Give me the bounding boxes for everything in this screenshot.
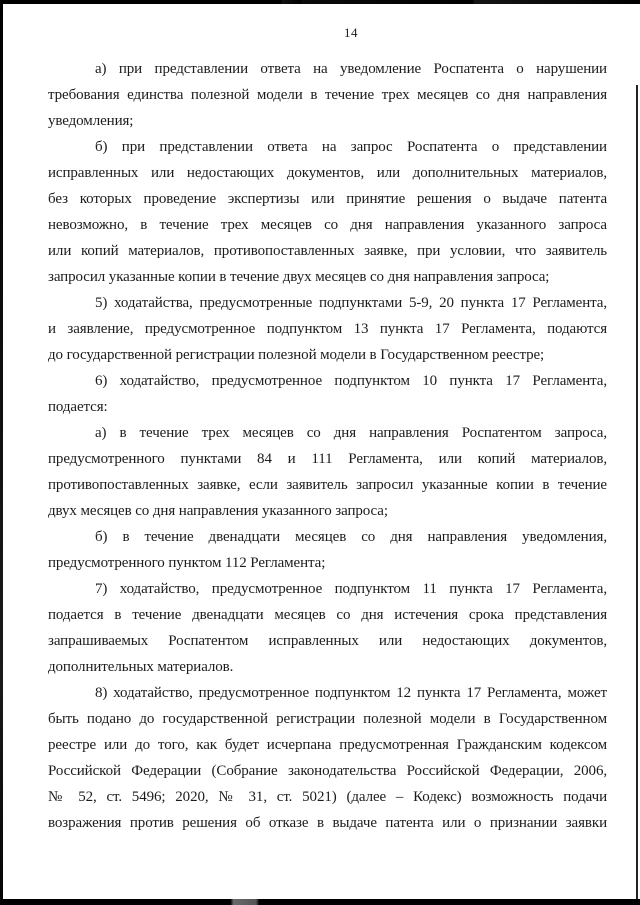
text-line: № 52, ст. 5496; 2020, № 31, ст. 5021) (д… — [48, 784, 607, 810]
text-line: 6) ходатайство, предусмотренное подпункт… — [48, 368, 607, 394]
text-line: уведомления; — [48, 108, 607, 134]
paragraph-item-a-notification: а) при представлении ответа на уведомлен… — [48, 56, 607, 134]
paragraph-item-b-request: б) при представлении ответа на запрос Ро… — [48, 134, 607, 290]
text-line: подается в течение двенадцати месяцев со… — [48, 602, 607, 628]
text-line: а) в течение трех месяцев со дня направл… — [48, 420, 607, 446]
text-line: 8) ходатайство, предусмотренное подпункт… — [48, 680, 607, 706]
page-number: 14 — [344, 25, 358, 40]
paragraph-item-5: 5) ходатайства, предусмотренные подпункт… — [48, 290, 607, 368]
paragraph-item-7: 7) ходатайство, предусмотренное подпункт… — [48, 576, 607, 680]
scan-edge-top-bar — [0, 0, 640, 4]
text-line: Российской Федерации (Собрание законодат… — [48, 758, 607, 784]
paragraph-item-6: 6) ходатайство, предусмотренное подпункт… — [48, 368, 607, 420]
text-line: двух месяцев со дня направления указанно… — [48, 498, 607, 524]
scan-edge-left-band — [0, 0, 3, 905]
scan-edge-bottom-bar — [0, 899, 640, 905]
text-line: предусмотренного пунктом 112 Регламента; — [48, 550, 607, 576]
text-line: 7) ходатайство, предусмотренное подпункт… — [48, 576, 607, 602]
text-line: подается: — [48, 394, 607, 420]
paragraph-item-8: 8) ходатайство, предусмотренное подпункт… — [48, 680, 607, 836]
text-line: или копий материалов, противопоставленны… — [48, 238, 607, 264]
text-line: и заявление, предусмотренное подпунктом … — [48, 316, 607, 342]
text-line: требования единства полезной модели в те… — [48, 82, 607, 108]
text-line: без которых проведение экспертизы или пр… — [48, 186, 607, 212]
paragraph-item-6a: а) в течение трех месяцев со дня направл… — [48, 420, 607, 524]
text-line: до государственной регистрации полезной … — [48, 342, 607, 368]
text-line: дополнительных материалов. — [48, 654, 607, 680]
text-line: б) при представлении ответа на запрос Ро… — [48, 134, 607, 160]
text-line: реестре или до того, как будет исчерпана… — [48, 732, 607, 758]
text-line: быть подано до государственной регистрац… — [48, 706, 607, 732]
document-page: 14 а) при представлении ответа на уведом… — [0, 0, 640, 905]
document-text-block: а) при представлении ответа на уведомлен… — [48, 56, 607, 836]
scan-edge-right-line — [636, 85, 638, 905]
paragraph-item-6b: б) в течение двенадцати месяцев со дня н… — [48, 524, 607, 576]
text-line: б) в течение двенадцати месяцев со дня н… — [48, 524, 607, 550]
text-line: предусмотренного пунктами 84 и 111 Регла… — [48, 446, 607, 472]
text-line: а) при представлении ответа на уведомлен… — [48, 56, 607, 82]
text-line: запросил указанные копии в течение двух … — [48, 264, 607, 290]
text-line: запрашиваемых Роспатентом исправленных и… — [48, 628, 607, 654]
text-line: противопоставленных заявке, если заявите… — [48, 472, 607, 498]
text-line: возражения против решения об отказе в вы… — [48, 810, 607, 836]
text-line: исправленных или недостающих документов,… — [48, 160, 607, 186]
text-line: невозможно, в течение трех месяцев со дн… — [48, 212, 607, 238]
text-line: 5) ходатайства, предусмотренные подпункт… — [48, 290, 607, 316]
